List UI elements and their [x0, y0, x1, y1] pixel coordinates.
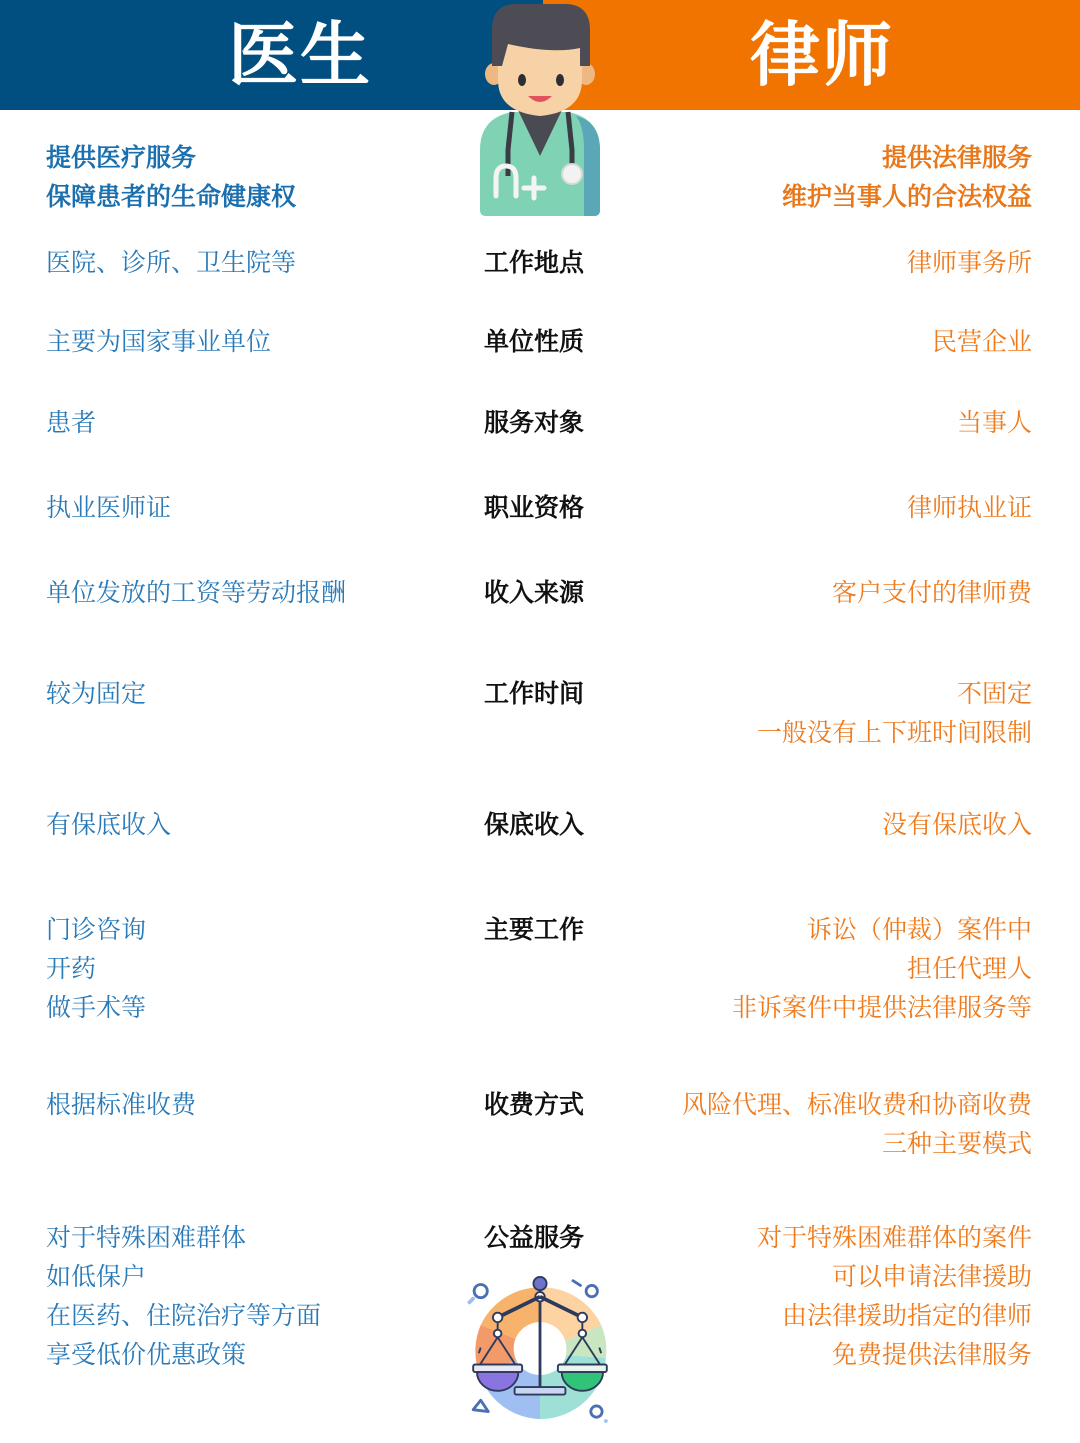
category-label: 单位性质: [484, 322, 584, 361]
category-label: 收费方式: [484, 1085, 584, 1124]
doctor-value: 有保底收入: [46, 805, 171, 844]
category-label: 主要工作: [484, 910, 584, 949]
doctor-value: 较为固定: [46, 674, 146, 713]
doctor-value: 主要为国家事业单位: [46, 322, 271, 361]
lawyer-value: 客户支付的律师费: [832, 573, 1032, 612]
doctor-value: 医院、诊所、卫生院等: [46, 243, 296, 282]
lawyer-value: 不固定 一般没有上下班时间限制: [757, 674, 1032, 752]
doctor-value: 对于特殊困难群体 如低保户 在医药、住院治疗等方面 享受低价优惠政策: [46, 1218, 321, 1374]
lawyer-title: 律师: [750, 14, 894, 96]
category-label: 收入来源: [484, 573, 584, 612]
lawyer-value: 对于特殊困难群体的案件 可以申请法律援助 由法律援助指定的律师 免费提供法律服务: [757, 1218, 1032, 1374]
lawyer-intro: 提供法律服务 维护当事人的合法权益: [782, 138, 1032, 216]
doctor-title: 医生: [228, 14, 372, 96]
lawyer-value: 没有保底收入: [882, 805, 1032, 844]
lawyer-value: 诉讼（仲裁）案件中 担任代理人 非诉案件中提供法律服务等: [732, 910, 1032, 1027]
category-label: 工作时间: [484, 674, 584, 713]
doctor-avatar-icon: [472, 0, 608, 218]
lawyer-value: 风险代理、标准收费和协商收费 三种主要模式: [682, 1085, 1032, 1163]
doctor-value: 门诊咨询 开药 做手术等: [46, 910, 146, 1027]
lawyer-value: 律师事务所: [907, 243, 1032, 282]
category-label: 公益服务: [484, 1218, 584, 1257]
doctor-value: 单位发放的工资等劳动报酬: [46, 573, 346, 612]
category-label: 职业资格: [484, 488, 584, 527]
lawyer-value: 当事人: [957, 403, 1032, 442]
lawyer-value: 律师执业证: [907, 488, 1032, 527]
category-label: 工作地点: [484, 243, 584, 282]
scales-of-justice-icon: [460, 1266, 620, 1431]
lawyer-value: 民营企业: [932, 322, 1032, 361]
doctor-intro: 提供医疗服务 保障患者的生命健康权: [46, 138, 296, 216]
doctor-value: 执业医师证: [46, 488, 171, 527]
doctor-value: 患者: [46, 403, 96, 442]
category-label: 服务对象: [484, 403, 584, 442]
category-label: 保底收入: [484, 805, 584, 844]
doctor-value: 根据标准收费: [46, 1085, 196, 1124]
